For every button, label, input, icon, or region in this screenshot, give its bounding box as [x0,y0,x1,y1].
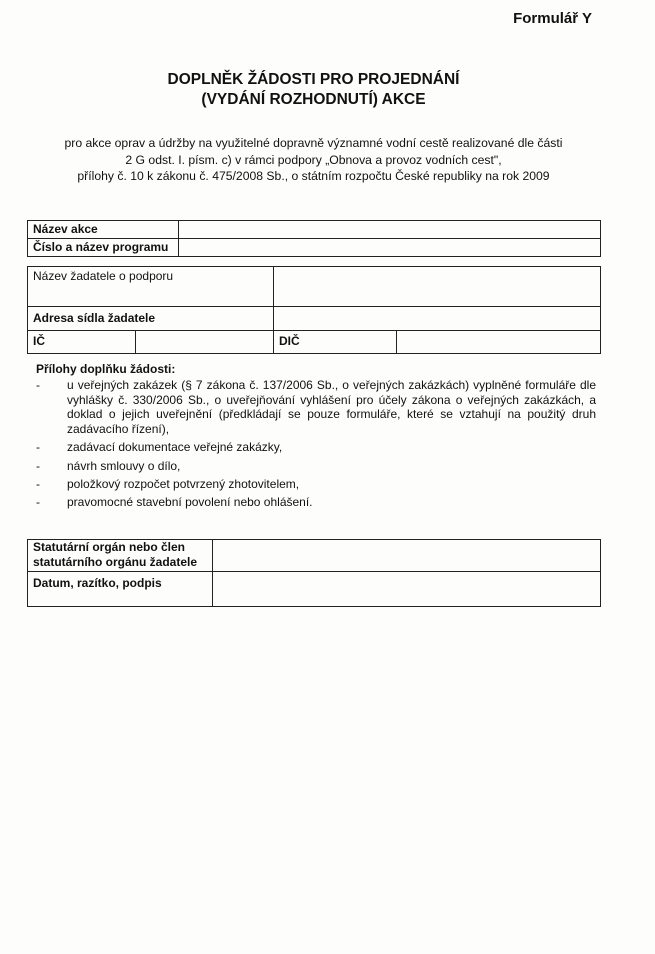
document-title-line-1: DOPLNĚK ŽÁDOSTI PRO PROJEDNÁNÍ [0,70,627,90]
applicant-address-field[interactable] [274,307,601,331]
signature-row: Datum, razítko, podpis [28,572,601,607]
ic-label: IČ [28,331,136,354]
program-field[interactable] [179,239,601,257]
document-title-line-2: (VYDÁNÍ ROZHODNUTÍ) AKCE [0,90,627,110]
document-subtitle: pro akce oprav a údržby na využitelné do… [0,135,627,185]
applicant-name-label: Název žadatele o podporu [28,267,274,307]
subtitle-line-2: 2 G odst. I. písm. c) v rámci podpory „O… [0,152,627,169]
statutory-body-row: Statutární orgán nebo člen statutárního … [28,540,601,572]
list-item-text: položkový rozpočet potvrzený zhotovitele… [67,477,299,491]
dic-label: DIČ [274,331,397,354]
signature-label: Datum, razítko, podpis [28,572,213,607]
signature-field[interactable] [213,572,601,607]
dash-bullet-icon: - [36,459,40,474]
action-name-field[interactable] [179,221,601,239]
subtitle-line-1: pro akce oprav a údržby na využitelné do… [0,135,627,152]
attachments-heading: Přílohy doplňku žádosti: [36,362,596,377]
program-row: Číslo a název programu [28,239,601,257]
list-item-text: pravomocné stavební povolení nebo ohláše… [67,495,313,509]
action-name-label: Název akce [28,221,179,239]
action-name-row: Název akce [28,221,601,239]
dash-bullet-icon: - [36,378,40,393]
dash-bullet-icon: - [36,495,40,510]
applicant-address-row: Adresa sídla žadatele [28,307,601,331]
list-item: - pravomocné stavební povolení nebo ohlá… [36,495,596,510]
program-label: Číslo a název programu [28,239,179,257]
ic-field[interactable] [136,331,274,354]
list-item-text: zadávací dokumentace veřejné zakázky, [67,440,282,454]
list-item: - návrh smlouvy o dílo, [36,459,596,474]
applicant-name-row: Název žadatele o podporu [28,267,601,307]
applicant-address-label: Adresa sídla žadatele [28,307,274,331]
applicant-ids-row: IČ DIČ [28,331,601,354]
list-item-text: u veřejných zakázek (§ 7 zákona č. 137/2… [67,378,596,436]
applicant-name-field[interactable] [274,267,601,307]
dash-bullet-icon: - [36,440,40,455]
attachments-list: - u veřejných zakázek (§ 7 zákona č. 137… [36,378,596,510]
list-item: - u veřejných zakázek (§ 7 zákona č. 137… [36,378,596,437]
dash-bullet-icon: - [36,477,40,492]
applicant-table: Název žadatele o podporu Adresa sídla ža… [27,266,601,354]
signature-table: Statutární orgán nebo člen statutárního … [27,539,601,607]
form-label: Formulář Y [513,10,592,27]
dic-field[interactable] [397,331,601,354]
statutory-body-field[interactable] [213,540,601,572]
statutory-body-label: Statutární orgán nebo člen statutárního … [28,540,213,572]
list-item-text: návrh smlouvy o dílo, [67,459,180,473]
list-item: - položkový rozpočet potvrzený zhotovite… [36,477,596,492]
action-table: Název akce Číslo a název programu [27,220,601,257]
subtitle-line-3: přílohy č. 10 k zákonu č. 475/2008 Sb., … [0,168,627,185]
attachments-section: Přílohy doplňku žádosti: - u veřejných z… [36,362,596,514]
list-item: - zadávací dokumentace veřejné zakázky, [36,440,596,455]
